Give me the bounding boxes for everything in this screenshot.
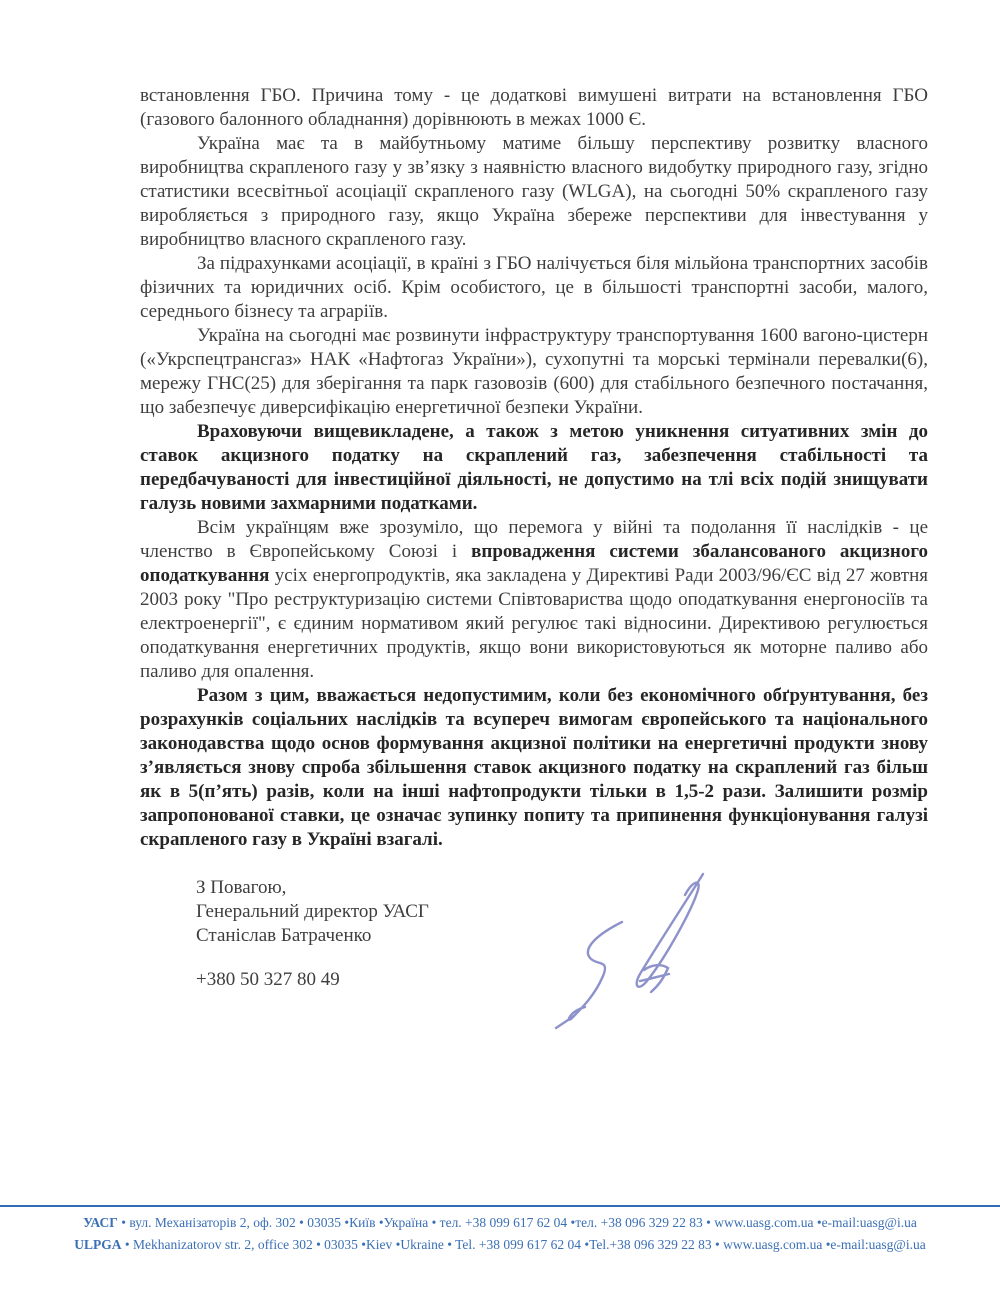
paragraph: встановлення ГБО. Причина тому - це дода…: [140, 84, 928, 132]
footer-org-en: ULPGA: [74, 1237, 121, 1252]
closing-salutation: З Повагою,: [196, 876, 429, 900]
footer: УАСГ • вул. Механізаторів 2, оф. 302 • 0…: [0, 1212, 1000, 1256]
footer-divider: [0, 1205, 1000, 1207]
footer-org-uk: УАСГ: [83, 1215, 118, 1230]
paragraph: Всім українцям вже зрозуміло, що перемог…: [140, 516, 928, 684]
handwritten-signature-icon: [540, 860, 740, 1030]
paragraph-run: Україна на сьогодні має розвинути інфрас…: [140, 325, 928, 418]
signature-block: З Повагою, Генеральний директор УАСГ Ста…: [196, 876, 429, 992]
paragraph: Україна має та в майбутньому матиме біль…: [140, 132, 928, 252]
footer-contact-en: • Mekhanizatorov str. 2, office 302 • 03…: [122, 1237, 926, 1252]
paragraph-run: Україна має та в майбутньому матиме біль…: [140, 133, 928, 250]
paragraph-run: встановлення ГБО. Причина тому - це дода…: [140, 85, 928, 130]
paragraph: Україна на сьогодні має розвинути інфрас…: [140, 324, 928, 420]
paragraph-run: За підрахунками асоціації, в країні з ГБ…: [140, 253, 928, 322]
paragraph: Враховуючи вищевикладене, а також з мето…: [140, 420, 928, 516]
footer-line-uk: УАСГ • вул. Механізаторів 2, оф. 302 • 0…: [0, 1212, 1000, 1234]
paragraph-run-bold: Разом з цим, вважається недопустимим, ко…: [140, 685, 928, 850]
letter-page: встановлення ГБО. Причина тому - це дода…: [0, 0, 1000, 1294]
paragraph: За підрахунками асоціації, в країні з ГБ…: [140, 252, 928, 324]
footer-contact-uk: • вул. Механізаторів 2, оф. 302 • 03035 …: [118, 1215, 917, 1230]
footer-line-en: ULPGA • Mekhanizatorov str. 2, office 30…: [0, 1234, 1000, 1256]
letter-body: встановлення ГБО. Причина тому - це дода…: [140, 84, 928, 852]
signer-name: Станіслав Батраченко: [196, 924, 429, 948]
paragraph: Разом з цим, вважається недопустимим, ко…: [140, 684, 928, 852]
signer-phone: +380 50 327 80 49: [196, 968, 429, 992]
signer-title: Генеральний директор УАСГ: [196, 900, 429, 924]
paragraph-run-bold: Враховуючи вищевикладене, а також з мето…: [140, 421, 928, 514]
